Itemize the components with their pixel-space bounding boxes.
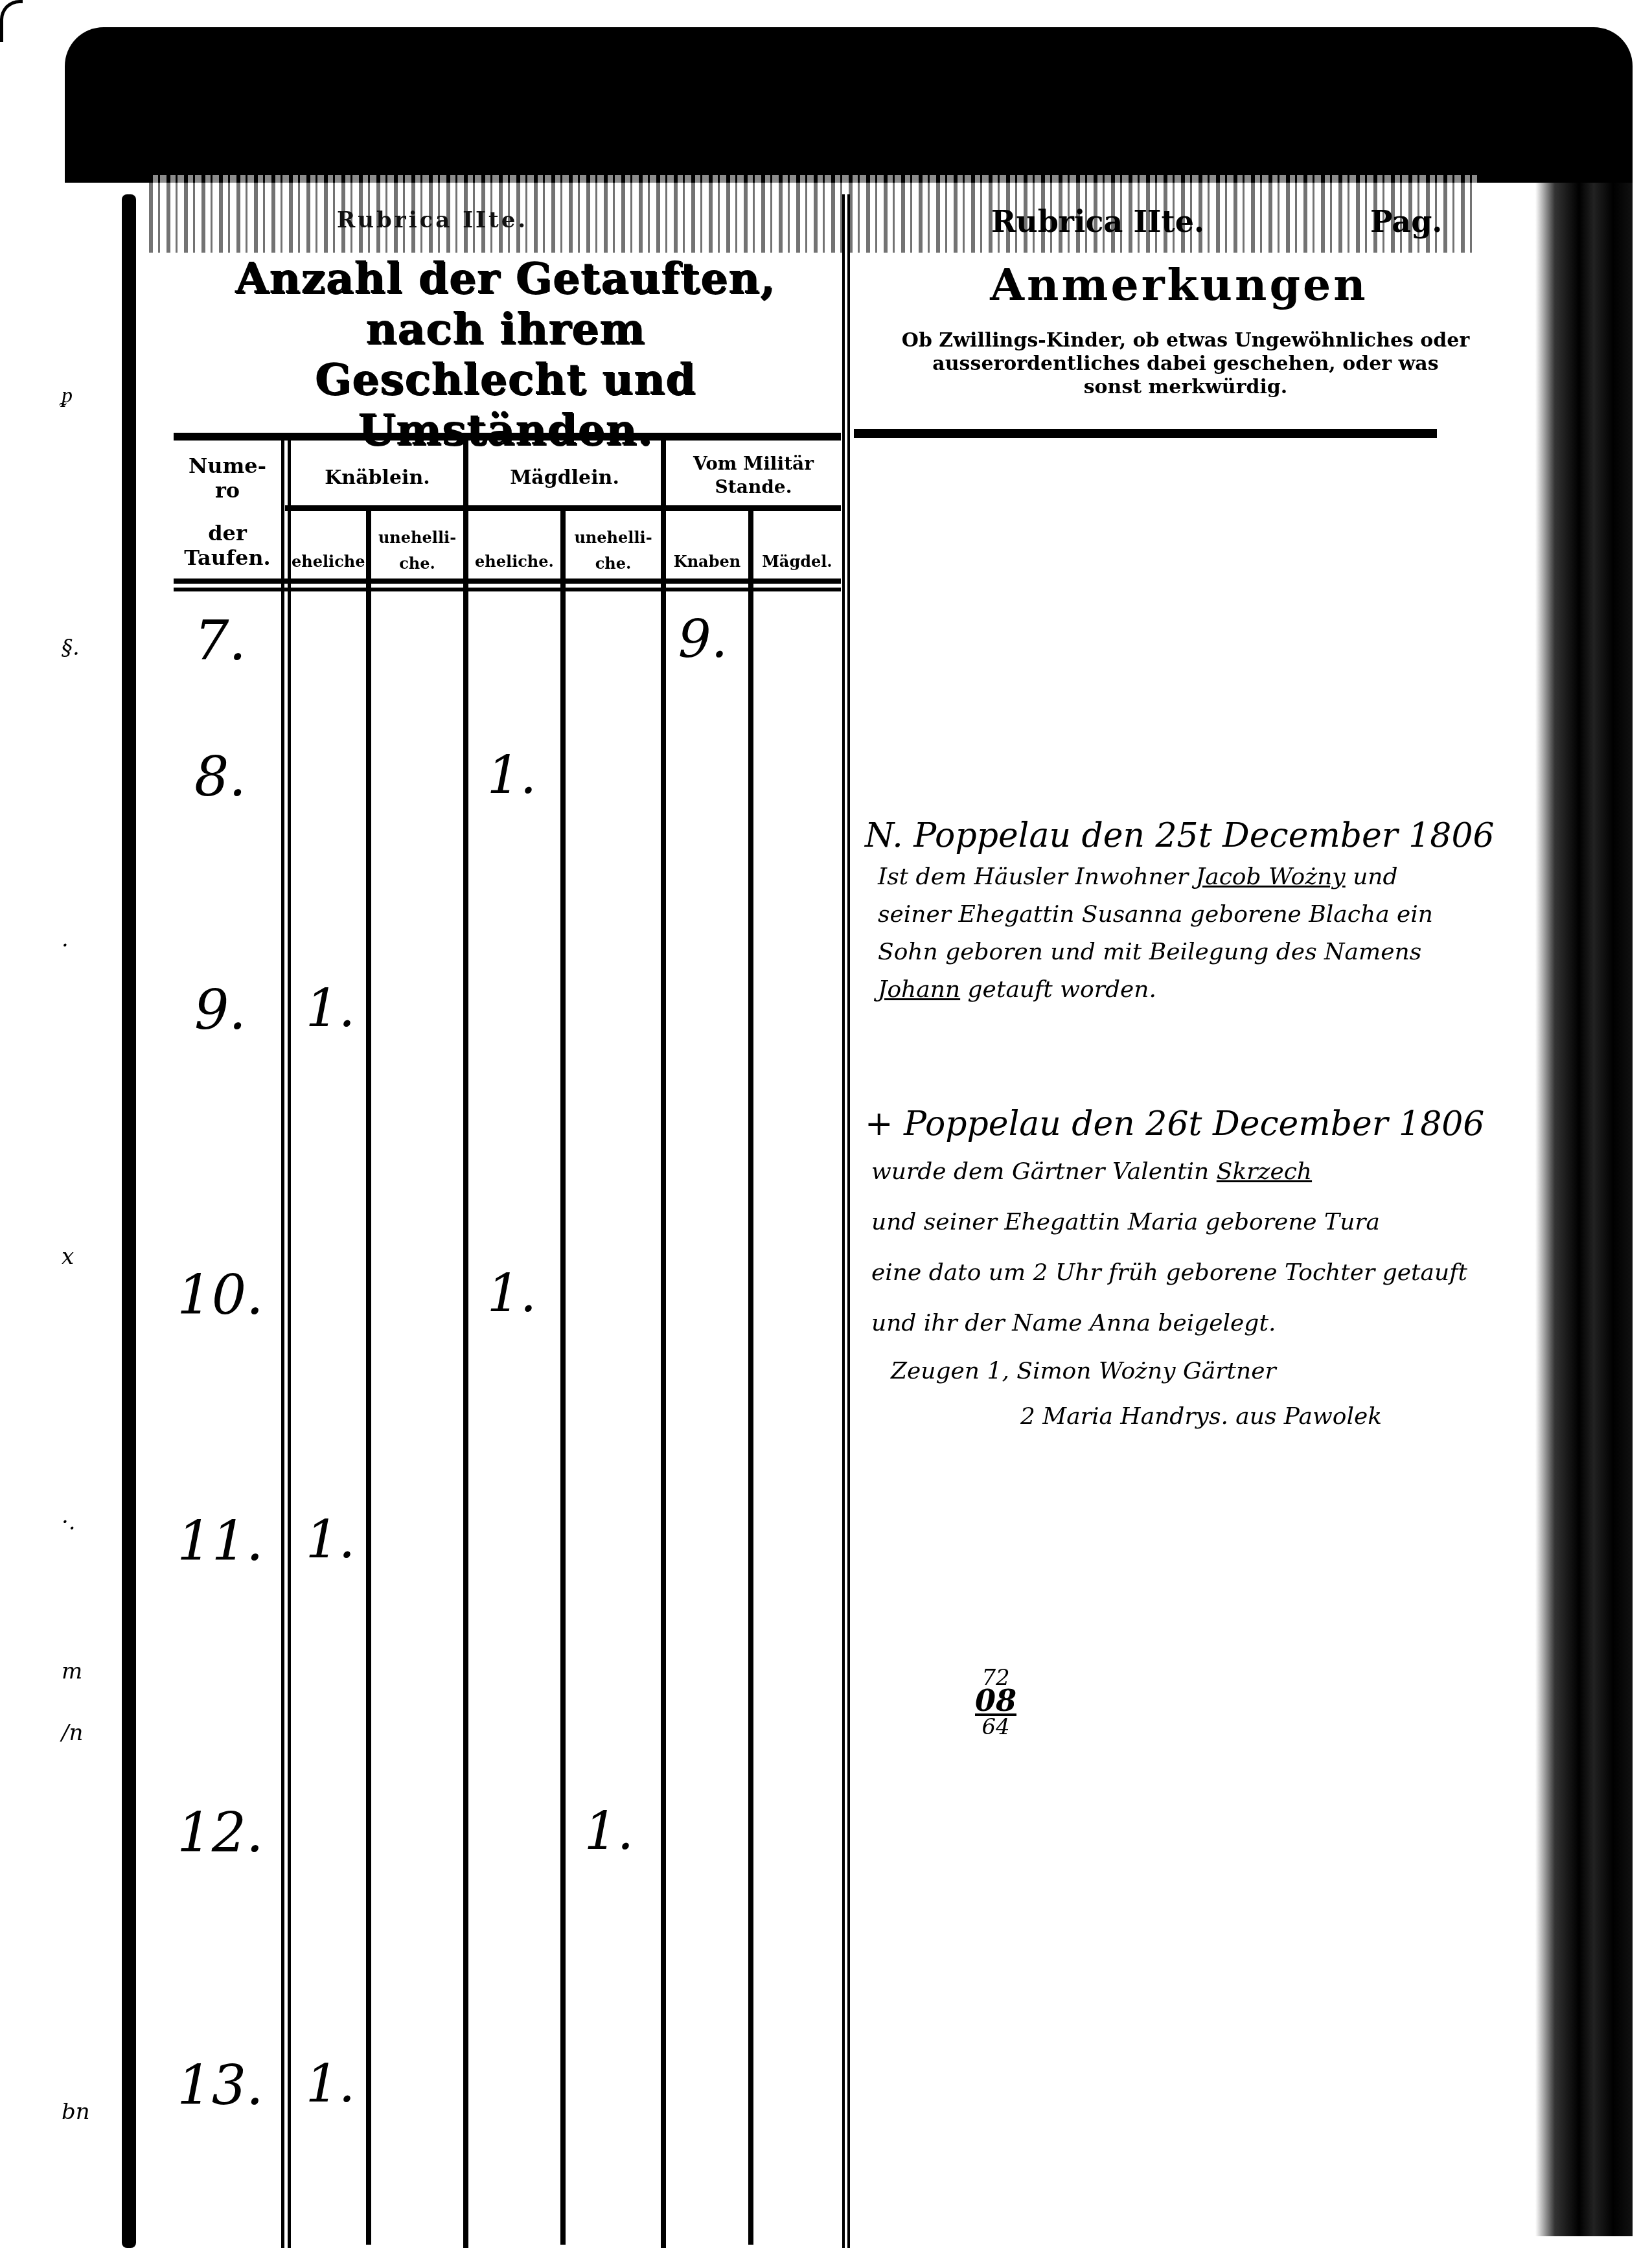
- column-group-boys: Knäblein.: [292, 466, 463, 489]
- remark-entry-line: seiner Ehegattin Susanna geborene Blacha…: [865, 896, 1513, 934]
- baptism-number: 12.: [168, 1801, 272, 1864]
- remarks-subtitle-line: sonst merkwürdig.: [862, 376, 1509, 399]
- column-header-text: der: [174, 521, 281, 545]
- column-header-text: ro: [174, 478, 281, 503]
- page-curl: [0, 0, 23, 42]
- remark-entry-witness: 2 Maria Handrys. aus Pawolek: [865, 1394, 1513, 1439]
- tally-cell-boys-legit: 1.: [266, 2054, 395, 2114]
- column-header-number: Nume- ro der Taufen.: [174, 453, 281, 570]
- margin-mark: ᵱ: [62, 382, 73, 408]
- column-line: [281, 441, 284, 2248]
- margin-mark: /n: [62, 1720, 83, 1746]
- column-header-text: che.: [566, 551, 661, 577]
- underlined-name: Skrzech: [1217, 1158, 1312, 1185]
- margin-mark: x: [62, 1244, 74, 1270]
- column-line: [288, 441, 291, 2248]
- baptism-number: 8.: [168, 745, 272, 808]
- remark-entry-line: Ist dem Häusler Inwohner Jacob Wożny und: [865, 858, 1513, 896]
- column-header-boys-illegitimate: unehelli- che.: [371, 525, 463, 577]
- tally-cell-girls-illegit: 1.: [544, 1801, 674, 1861]
- section-divider: [842, 194, 850, 2248]
- column-header-girls-legitimate: eheliche.: [468, 552, 560, 571]
- tally-cell-mil-boys: 9.: [638, 609, 768, 669]
- remark-entry-line: eine dato um 2 Uhr früh geborene Tochter…: [865, 1248, 1513, 1298]
- remark-entry-line: und seiner Ehegattin Maria geborene Tura: [865, 1197, 1513, 1248]
- remark-entry-line: und ihr der Name Anna beigelegt.: [865, 1298, 1513, 1349]
- remarks-top-rule: [854, 429, 1437, 438]
- column-header-military-girls: Mägdel.: [753, 552, 841, 571]
- column-line: [661, 441, 666, 2248]
- column-group-military: Vom Militär Stande.: [666, 452, 841, 499]
- table-header-rule: [174, 578, 841, 584]
- remark-entry-heading: N. Poppelau den 25t December 1806: [865, 813, 1513, 858]
- tally-middle: 08: [975, 1688, 1016, 1713]
- remark-entry-line: wurde dem Gärtner Valentin Skrzech: [865, 1147, 1513, 1197]
- column-line: [463, 441, 468, 2248]
- scan-shadow-top: [65, 27, 1633, 183]
- baptism-number: 9.: [168, 978, 272, 1042]
- margin-mark: §.: [62, 635, 80, 661]
- table-title: Anzahl der Getauften, nach ihrem Geschle…: [175, 253, 836, 455]
- table-title-line: Anzahl der Getauften, nach ihrem: [175, 253, 836, 354]
- baptism-number: 13.: [168, 2054, 272, 2117]
- column-header-boys-legitimate: eheliche.: [292, 552, 366, 571]
- remarks-subtitle-line: Ob Zwillings-Kinder, ob etwas Ungewöhnli…: [862, 329, 1509, 352]
- tally-cell-girls-legit: 1.: [447, 745, 577, 805]
- column-header-text: Taufen.: [174, 545, 281, 570]
- table-header-rule-2: [174, 588, 841, 591]
- remark-entry-line: Sohn geboren und mit Beilegung des Namen…: [865, 934, 1513, 971]
- column-header-text: Nume-: [174, 453, 281, 478]
- baptism-number: 7.: [168, 609, 272, 672]
- underlined-name: Jacob Wożny: [1196, 864, 1346, 890]
- binding-edge: [122, 194, 136, 2248]
- baptism-number: 11.: [168, 1509, 272, 1573]
- column-header-text: unehelli-: [566, 525, 661, 551]
- tally-note: 72 08 64: [975, 1668, 1016, 1738]
- scan-shadow-right: [1535, 183, 1633, 2236]
- remarks-subtitle: Ob Zwillings-Kinder, ob etwas Ungewöhnli…: [862, 329, 1509, 399]
- remark-entry-line: Johann getauft worden.: [865, 971, 1513, 1009]
- rubric-label-left: Rubrica IIte.: [337, 207, 528, 233]
- column-header-text: Vom Militär: [666, 452, 841, 475]
- baptism-number: 10.: [168, 1263, 272, 1327]
- column-header-girls-illegitimate: unehelli- che.: [566, 525, 661, 577]
- page-label: Pag.: [1370, 204, 1442, 239]
- column-line: [748, 509, 753, 2245]
- margin-mark: m: [62, 1658, 82, 1684]
- underlined-name: Johann: [878, 976, 960, 1003]
- remarks-title: Anmerkungen: [855, 259, 1503, 311]
- table-top-rule: [174, 433, 841, 441]
- remark-entry: N. Poppelau den 25t December 1806 Ist de…: [865, 813, 1513, 1009]
- remark-entry-witness: Zeugen 1, Simon Wożny Gärtner: [865, 1349, 1513, 1394]
- remark-entry-heading: + Poppelau den 26t December 1806: [865, 1101, 1513, 1147]
- tally-cell-boys-legit: 1.: [266, 1509, 395, 1570]
- tally-cell-girls-legit: 1.: [447, 1263, 577, 1323]
- column-header-text: unehelli-: [371, 525, 463, 551]
- tally-cell-boys-legit: 1.: [266, 978, 395, 1038]
- column-header-text: che.: [371, 551, 463, 577]
- column-line: [366, 509, 371, 2245]
- margin-mark: ·: [62, 933, 69, 959]
- margin-mark: ·.: [62, 1509, 76, 1535]
- rubric-label: Rubrica IIte.: [991, 204, 1204, 239]
- column-header-military-boys: Knaben: [666, 552, 748, 571]
- column-group-girls: Mägdlein.: [468, 466, 661, 489]
- column-header-text: Stande.: [666, 475, 841, 499]
- margin-mark: bn: [62, 2099, 90, 2125]
- remark-entry: + Poppelau den 26t December 1806 wurde d…: [865, 1101, 1513, 1439]
- remarks-subtitle-line: ausserordentliches dabei geschehen, oder…: [862, 352, 1509, 376]
